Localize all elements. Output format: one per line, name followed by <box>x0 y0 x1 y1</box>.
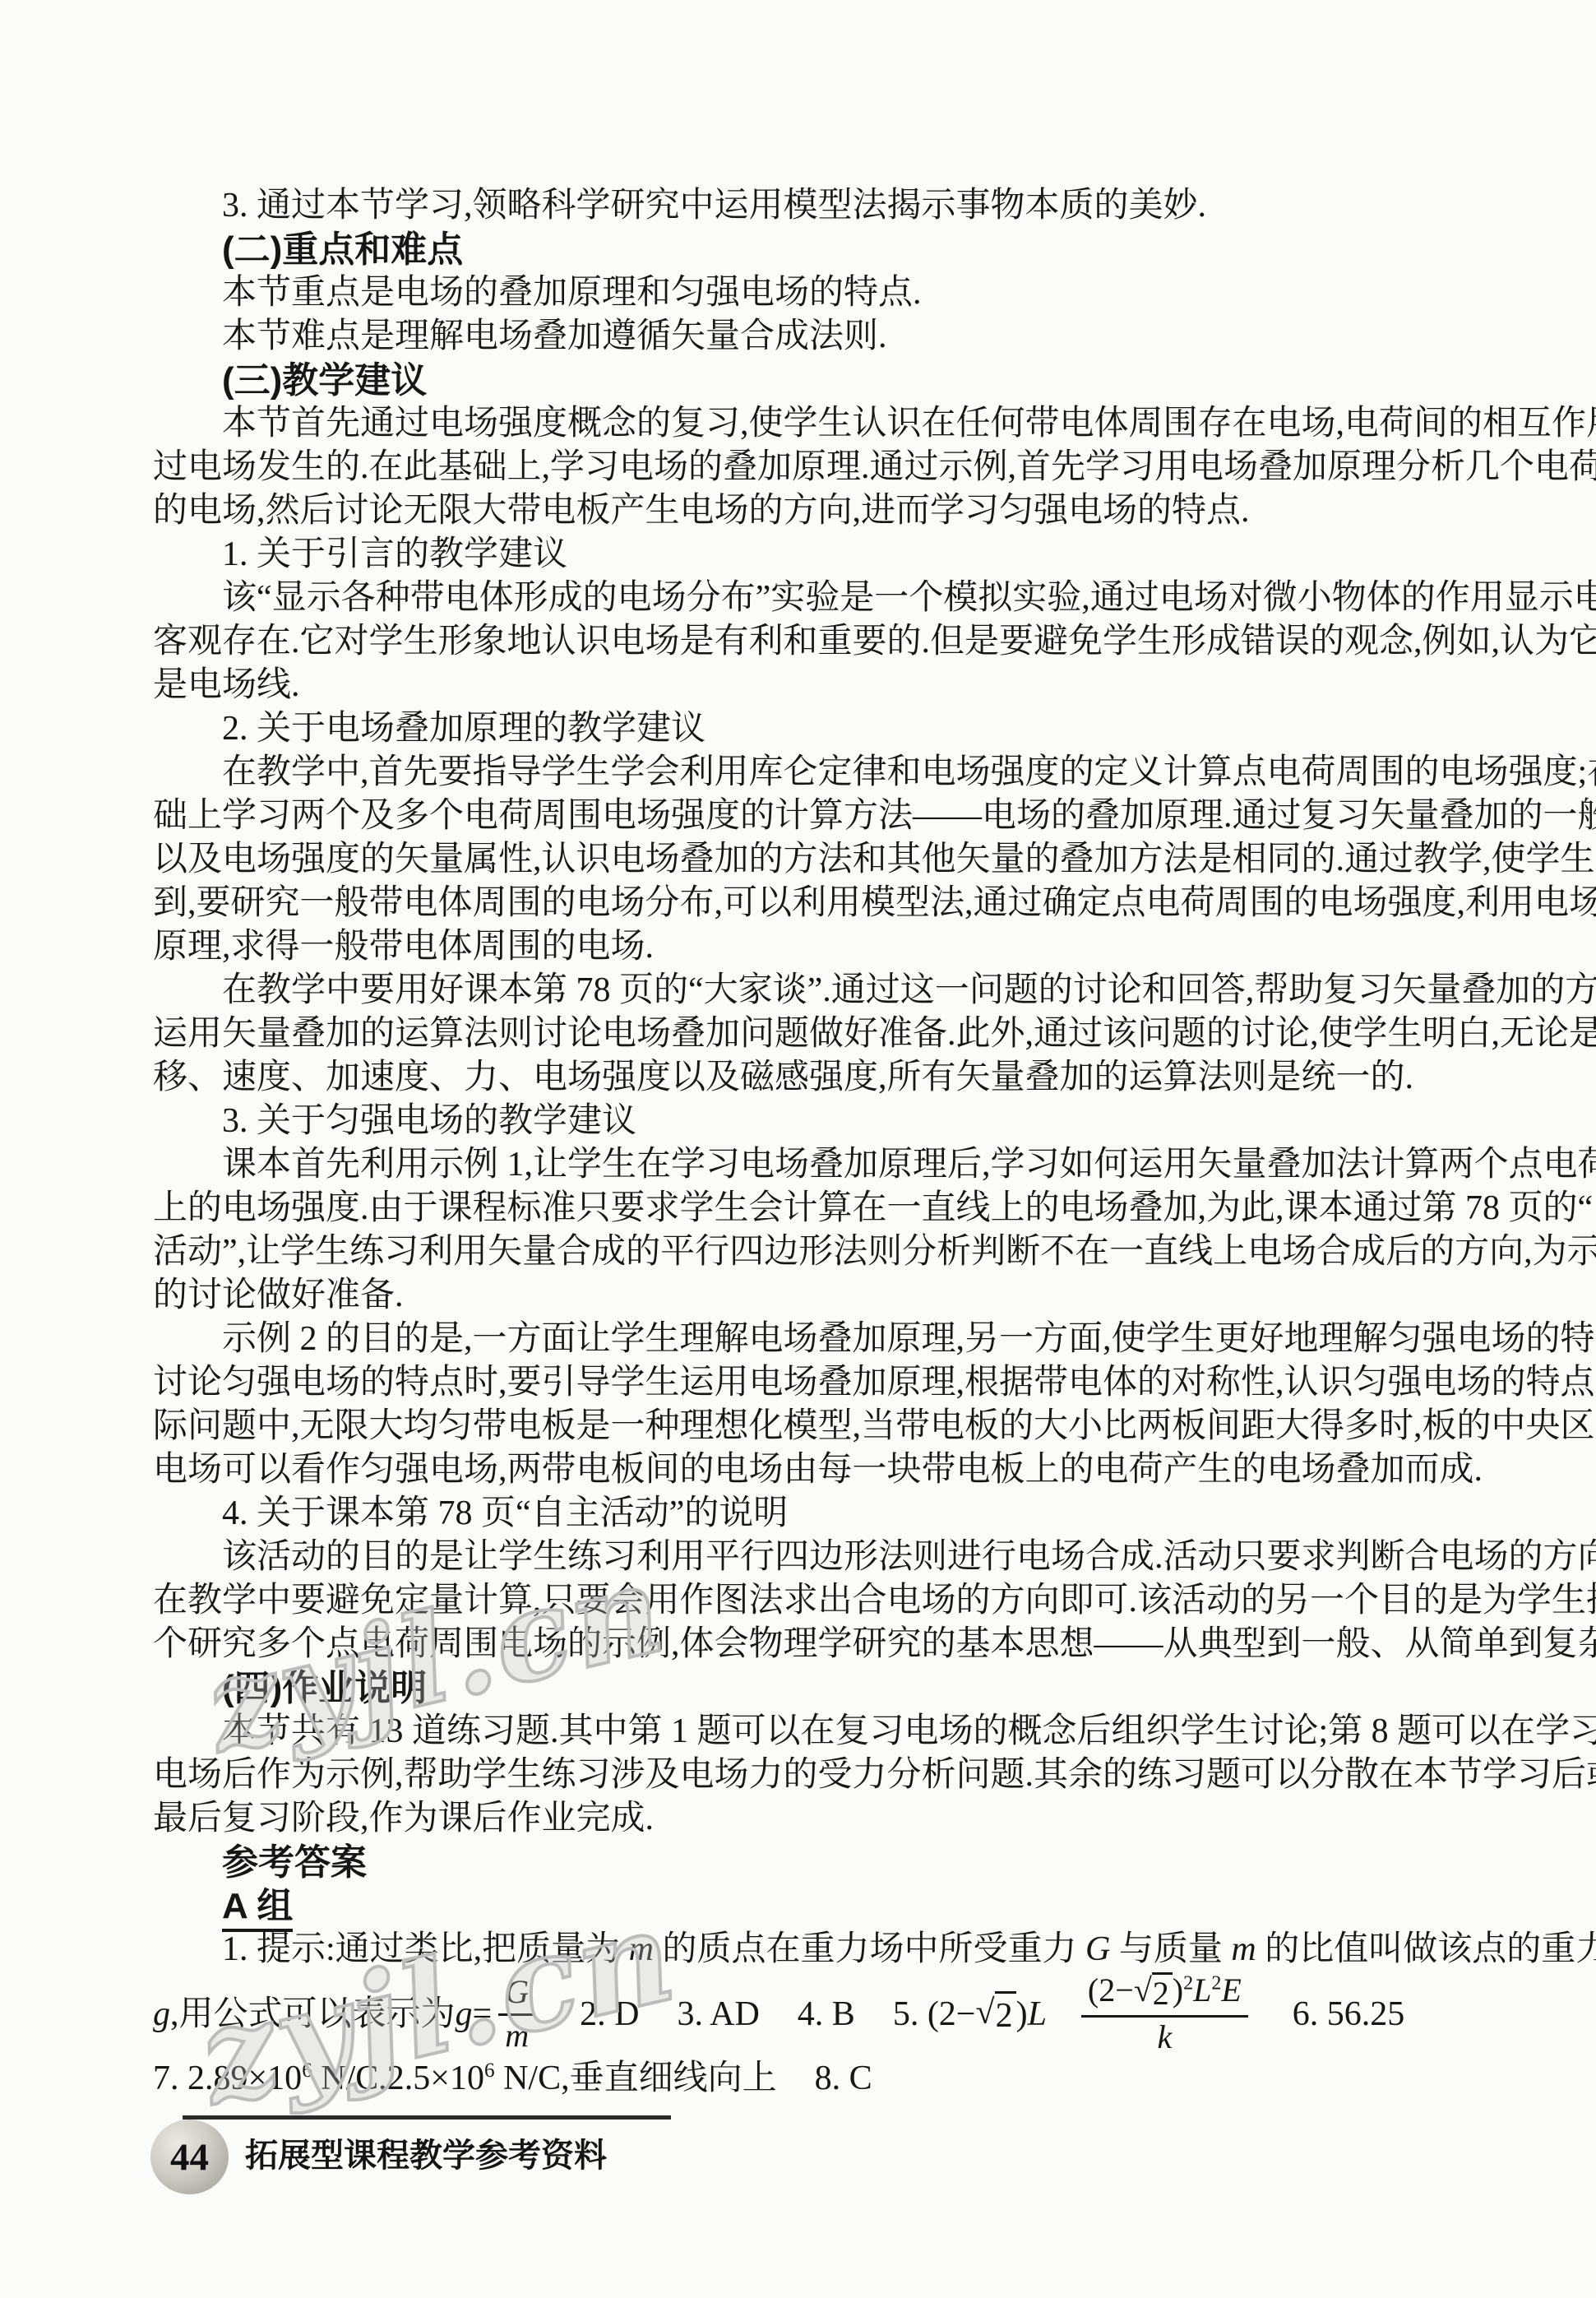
text-run: 以及电场强度的矢量属性,认识电场叠加的方法和其他矢量的叠加方法是相同的.通过教学… <box>153 841 1596 878</box>
text-run: k <box>1157 2018 1172 2055</box>
text-run: 3. 通过本节学习,领略科学研究中运用模型法揭示事物本质的美妙. <box>222 187 1206 225</box>
text-line-23: 课本首先利用示例 1,让学生在学习电场叠加原理后,学习如何运用矢量叠加法计算两个… <box>153 1143 1551 1187</box>
text-run: 的比值叫做该点的重力强度 <box>1256 1930 1596 1968</box>
text-line-13: 2. 关于电场叠加原理的教学建议 <box>153 707 1551 751</box>
text-run: g <box>456 1993 473 2036</box>
text-line-16: 以及电场强度的矢量属性,认识电场叠加的方法和其他矢量的叠加方法是相同的.通过教学… <box>153 838 1551 882</box>
text-run: 到,要研究一般带电体周围的电场分布,可以利用模型法,通过确定点电荷周围的电场强度… <box>153 884 1596 922</box>
text-run: 示例 2 的目的是,一方面让学生理解电场叠加原理,另一方面,使学生更好地理解匀强… <box>222 1320 1596 1358</box>
text-line-32: 该活动的目的是让学生练习利用平行四边形法则进行电场合成.活动只要求判断合电场的方… <box>153 1536 1551 1579</box>
spacer <box>760 2014 798 2015</box>
text-line-14: 在教学中,首先要指导学生学会利用库仑定律和电场强度的定义计算点电荷周围的电场强度… <box>153 751 1551 795</box>
text-line-11: 客观存在.它对学生形象地认识电场是有利和重要的.但是要避免学生形成错误的观念,例… <box>153 620 1551 664</box>
text-run: G <box>1085 1930 1110 1968</box>
text-run: (二)重点和难点 <box>222 229 463 270</box>
text-run: 原理,求得一般带电体周围的电场. <box>153 928 654 966</box>
spacer <box>639 2014 677 2015</box>
text-run: m <box>629 1930 654 1968</box>
text-line-36: 本节共有 13 道练习题.其中第 1 题可以在复习电场的概念后组织学生讨论;第 … <box>153 1710 1551 1754</box>
sqrt-radical: √2 <box>1134 1972 1173 2013</box>
text-run: ) <box>1016 1993 1028 2036</box>
text-line-20: 运用矢量叠加的运算法则讨论电场叠加问题做好准备.此外,通过该问题的讨论,使学生明… <box>153 1012 1551 1056</box>
sqrt-radical: √2 <box>976 1991 1016 2038</box>
text-run: 本节重点是电场的叠加原理和匀强电场的特点. <box>222 274 922 312</box>
text-line-28: 讨论匀强电场的特点时,要引导学生运用电场叠加原理,根据带电体的对称性,认识匀强电… <box>153 1361 1551 1405</box>
text-run: 的质点在重力场中所受重力 <box>654 1930 1085 1968</box>
text-run: 本节难点是理解电场叠加遵循矢量合成法则. <box>222 317 887 355</box>
text-run: 6. 56.25 <box>1293 1993 1405 2036</box>
text-run: 2. 关于电场叠加原理的教学建议 <box>222 710 705 748</box>
text-line-8: 的电场,然后讨论无限大带电板产生电场的方向,进而学习匀强电场的特点. <box>153 489 1551 533</box>
text-run: ,用公式可以表示为 <box>170 1993 456 2036</box>
text-line-17: 到,要研究一般带电体周围的电场分布,可以利用模型法,通过确定点电荷周围的电场强度… <box>153 882 1551 925</box>
text-run: 本节共有 13 道练习题.其中第 1 题可以在复习电场的概念后组织学生讨论;第 … <box>222 1712 1596 1750</box>
text-content: 3. 通过本节学习,领略科学研究中运用模型法揭示事物本质的美妙.(二)重点和难点… <box>153 184 1551 2101</box>
text-line-31: 4. 关于课本第 78 页“自主活动”的说明 <box>153 1492 1551 1536</box>
text-run: 上的电场强度.由于课程标准只要求学生会计算在一直线上的电场叠加,为此,课本通过第… <box>153 1189 1596 1227</box>
text-run: m <box>1231 1930 1256 1968</box>
text-line-29: 际问题中,无限大均匀带电板是一种理想化模型,当带电板的大小比两板间距大得多时,板… <box>153 1405 1551 1448</box>
text-line-12: 是电场线. <box>153 664 1551 707</box>
text-line-18: 原理,求得一般带电体周围的电场. <box>153 925 1551 969</box>
text-line-33: 在教学中要避免定量计算,只要会用作图法求出合电场的方向即可.该活动的另一个目的是… <box>153 1579 1551 1623</box>
spacer <box>777 2081 815 2082</box>
text-run: 课本首先利用示例 1,让学生在学习电场叠加原理后,学习如何运用矢量叠加法计算两个… <box>222 1146 1596 1184</box>
text-run: 活动”,让学生练习利用矢量合成的平行四边形法则分析判断不在一直线上电场合成后的方… <box>153 1233 1596 1271</box>
text-run: 是电场线. <box>153 666 300 704</box>
text-line-3: 本节重点是电场的叠加原理和匀强电场的特点. <box>153 271 1551 315</box>
text-run: = <box>473 1993 493 2036</box>
text-run: ) <box>1173 1971 1183 2008</box>
text-run: 4. B <box>798 1993 855 2036</box>
text-line-5: (三)教学建议 <box>153 359 1551 402</box>
page-number-badge: 44 <box>150 2120 229 2194</box>
text-run: 8. C <box>815 2059 872 2097</box>
text-run: 的电场,然后讨论无限大带电板产生电场的方向,进而学习匀强电场的特点. <box>153 492 1250 530</box>
text-run: E <box>1221 1971 1241 2008</box>
spacer <box>855 2014 893 2015</box>
footer-title: 拓展型课程教学参考资料 <box>245 2136 607 2175</box>
text-run: 该“显示各种带电体形成的电场分布”实验是一个模拟实验,通过电场对微小物体的作用显… <box>222 579 1596 617</box>
text-line-39: 参考答案 <box>153 1841 1551 1884</box>
text-line-26: 的讨论做好准备. <box>153 1274 1551 1318</box>
text-run: g <box>153 1993 170 2036</box>
fraction: (2−√2)2L2Ek <box>1081 1972 1248 2056</box>
spacer <box>1255 2014 1293 2015</box>
text-run: 个研究多个点电荷周围电场的示例,体会物理学研究的基本思想——从典型到一般、从简单… <box>153 1625 1596 1663</box>
text-run: 5. (2− <box>893 1993 976 2036</box>
footer-rule <box>183 2115 671 2120</box>
text-run: 2 <box>1183 1973 1193 1995</box>
text-run: 6 <box>484 2059 495 2082</box>
text-run: 运用矢量叠加的运算法则讨论电场叠加问题做好准备.此外,通过该问题的讨论,使学生明… <box>153 1015 1596 1053</box>
text-run: 6 <box>302 2059 312 2082</box>
text-run: 1. 提示:通过类比,把质量为 <box>222 1930 629 1968</box>
text-run: (四)作业说明 <box>222 1668 427 1708</box>
text-line-19: 在教学中要用好课本第 78 页的“大家谈”.通过这一问题的讨论和回答,帮助复习矢… <box>153 969 1551 1012</box>
text-run: 3. 关于匀强电场的教学建议 <box>222 1102 636 1140</box>
spacer <box>542 2014 580 2015</box>
text-run: 本节首先通过电场强度概念的复习,使学生认识在任何带电体周围存在电场,电荷间的相互… <box>222 405 1596 442</box>
text-run: 电场后作为示例,帮助学生练习涉及电场力的受力分析问题.其余的练习题可以分散在本节… <box>153 1756 1596 1794</box>
text-line-2: (二)重点和难点 <box>153 228 1551 271</box>
text-run: 在教学中要避免定量计算,只要会用作图法求出合电场的方向即可.该活动的另一个目的是… <box>153 1582 1596 1619</box>
text-run: L <box>1028 1993 1047 2036</box>
text-line-4: 本节难点是理解电场叠加遵循矢量合成法则. <box>153 315 1551 359</box>
text-line-25: 活动”,让学生练习利用矢量合成的平行四边形法则分析判断不在一直线上电场合成后的方… <box>153 1230 1551 1274</box>
text-run: 客观存在.它对学生形象地认识电场是有利和重要的.但是要避免学生形成错误的观念,例… <box>153 623 1596 660</box>
text-run: N/C,垂直细线向上 <box>495 2059 777 2097</box>
text-line-37: 电场后作为示例,帮助学生练习涉及电场力的受力分析问题.其余的练习题可以分散在本节… <box>153 1754 1551 1797</box>
text-run: (三)教学建议 <box>222 360 427 401</box>
spacer <box>1047 2014 1075 2015</box>
text-run: 2 <box>1211 1973 1221 1995</box>
text-line-15: 础上学习两个及多个电荷周围电场强度的计算方法——电场的叠加原理.通过复习矢量叠加… <box>153 795 1551 838</box>
text-run: 该活动的目的是让学生练习利用平行四边形法则进行电场合成.活动只要求判断合电场的方… <box>222 1538 1596 1576</box>
text-run: m <box>505 2017 529 2054</box>
text-run: 移、速度、加速度、力、电场强度以及磁感强度,所有矢量叠加的运算法则是统一的. <box>153 1059 1413 1096</box>
text-line-21: 移、速度、加速度、力、电场强度以及磁感强度,所有矢量叠加的运算法则是统一的. <box>153 1056 1551 1100</box>
text-run: 3. AD <box>677 1993 759 2036</box>
text-line-40: A 组 <box>153 1884 1551 1928</box>
page-number: 44 <box>170 2135 209 2180</box>
text-line-41: 1. 提示:通过类比,把质量为 m 的质点在重力场中所受重力 G 与质量 m 的… <box>153 1928 1551 1971</box>
text-line-6: 本节首先通过电场强度概念的复习,使学生认识在任何带电体周围存在电场,电荷间的相互… <box>153 402 1551 446</box>
text-line-22: 3. 关于匀强电场的教学建议 <box>153 1100 1551 1143</box>
text-run: 参考答案 <box>222 1842 367 1883</box>
text-run: A 组 <box>222 1886 293 1932</box>
text-line-27: 示例 2 的目的是,一方面让学生理解电场叠加原理,另一方面,使学生更好地理解匀强… <box>153 1318 1551 1361</box>
text-line-10: 该“显示各种带电体形成的电场分布”实验是一个模拟实验,通过电场对微小物体的作用显… <box>153 577 1551 620</box>
text-line-34: 个研究多个点电荷周围电场的示例,体会物理学研究的基本思想——从典型到一般、从简单… <box>153 1623 1551 1666</box>
text-line-30: 电场可以看作匀强电场,两带电板间的电场由每一块带电板上的电荷产生的电场叠加而成. <box>153 1448 1551 1492</box>
text-run: 的讨论做好准备. <box>153 1276 404 1314</box>
fraction: Gm <box>498 1974 535 2055</box>
text-run: 在教学中要用好课本第 78 页的“大家谈”.通过这一问题的讨论和回答,帮助复习矢… <box>222 971 1596 1009</box>
text-run: (2− <box>1088 1971 1134 2008</box>
text-line-38: 最后复习阶段,作为课后作业完成. <box>153 1797 1551 1841</box>
text-line-9: 1. 关于引言的教学建议 <box>153 533 1551 577</box>
text-run: 电场可以看作匀强电场,两带电板间的电场由每一块带电板上的电荷产生的电场叠加而成. <box>153 1451 1483 1489</box>
text-run: N/C,2.5×10 <box>312 2059 484 2097</box>
text-run: 际问题中,无限大均匀带电板是一种理想化模型,当带电板的大小比两板间距大得多时,板… <box>153 1407 1596 1445</box>
text-run: 最后复习阶段,作为课后作业完成. <box>153 1800 654 1837</box>
text-line-24: 上的电场强度.由于课程标准只要求学生会计算在一直线上的电场叠加,为此,课本通过第… <box>153 1187 1551 1230</box>
text-run: 与质量 <box>1110 1930 1231 1968</box>
text-run: 讨论匀强电场的特点时,要引导学生运用电场叠加原理,根据带电体的对称性,认识匀强电… <box>153 1364 1596 1402</box>
text-run: 在教学中,首先要指导学生学会利用库仑定律和电场强度的定义计算点电荷周围的电场强度… <box>222 753 1596 791</box>
text-run: 过电场发生的.在此基础上,学习电场的叠加原理.通过示例,首先学习用电场叠加原理分… <box>153 448 1596 486</box>
text-run: 2. D <box>580 1993 639 2036</box>
text-line-42: g,用公式可以表示为 g = Gm2. D3. AD4. B5. (2−√2)L… <box>153 1971 1551 2057</box>
text-line-43: 7. 2.89×106 N/C,2.5×106 N/C,垂直细线向上8. C <box>153 2057 1551 2101</box>
scanned-book-page: 3. 通过本节学习,领略科学研究中运用模型法揭示事物本质的美妙.(二)重点和难点… <box>0 0 1596 2298</box>
text-run: 4. 关于课本第 78 页“自主活动”的说明 <box>222 1494 788 1532</box>
text-run: 础上学习两个及多个电荷周围电场强度的计算方法——电场的叠加原理.通过复习矢量叠加… <box>153 797 1596 835</box>
text-run: G <box>505 1973 529 2010</box>
text-line-1: 3. 通过本节学习,领略科学研究中运用模型法揭示事物本质的美妙. <box>153 184 1551 228</box>
text-line-35: (四)作业说明 <box>153 1666 1551 1710</box>
text-run: 7. 2.89×10 <box>153 2059 302 2097</box>
text-run: 1. 关于引言的教学建议 <box>222 535 567 573</box>
text-line-7: 过电场发生的.在此基础上,学习电场的叠加原理.通过示例,首先学习用电场叠加原理分… <box>153 446 1551 489</box>
text-run: L <box>1193 1971 1211 2008</box>
